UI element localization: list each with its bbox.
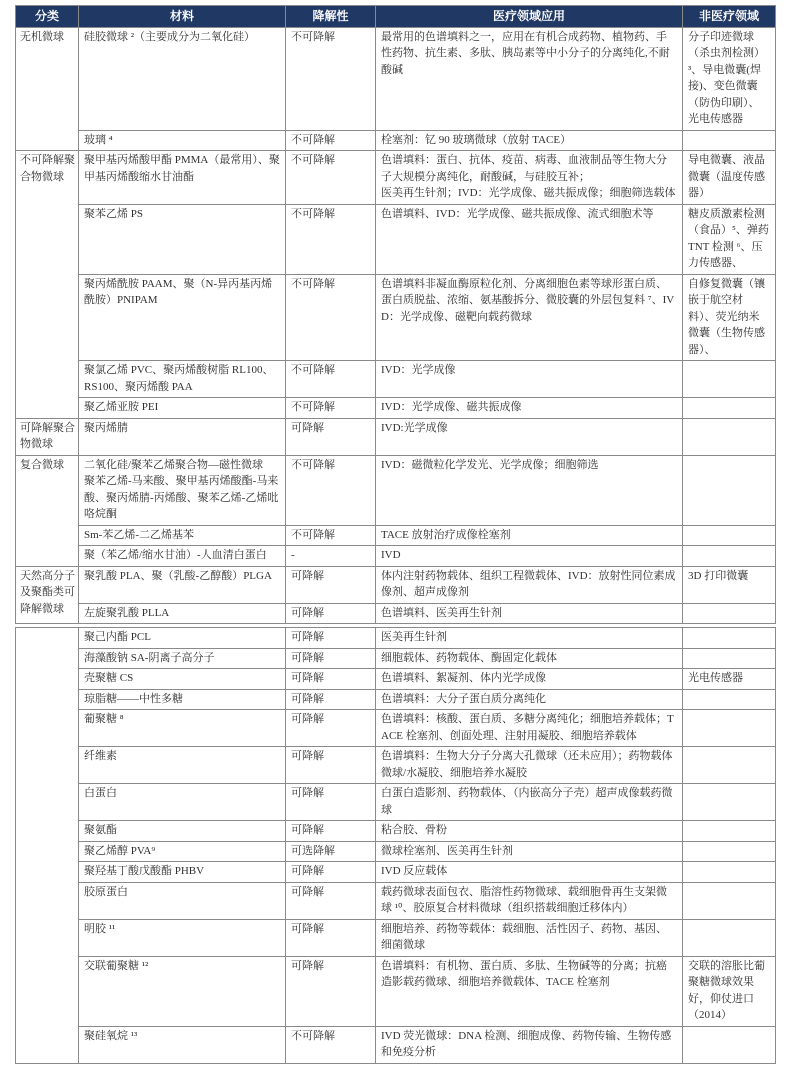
material-cell: 聚丙烯腈 (79, 418, 286, 455)
non-medical-cell: 交联的溶胀比葡聚糖微球效果好，仰仗进口（2014） (683, 956, 776, 1026)
medical-cell: 医美再生针剂 (376, 628, 683, 649)
medical-cell: 色谱填料：蛋白、抗体、疫苗、病毒、血液制品等生物大分子大规模分离纯化，耐酸碱，与… (376, 151, 683, 205)
table-row: 胶原蛋白可降解载药微球表面包衣、脂溶性药物微球、载细胞骨再生支架微球 ¹⁰、胶原… (16, 882, 776, 919)
medical-cell: TACE 放射治疗成像栓塞剂 (376, 525, 683, 546)
degradability-cell: 不可降解 (286, 525, 376, 546)
table-row: Sm-苯乙烯-二乙烯基苯不可降解TACE 放射治疗成像栓塞剂 (16, 525, 776, 546)
degradability-cell: 不可降解 (286, 274, 376, 361)
non-medical-cell (683, 525, 776, 546)
header-non-medical: 非医疗领域 (683, 6, 776, 28)
non-medical-cell (683, 628, 776, 649)
materials-table-lower: 聚己内酯 PCL可降解医美再生针剂海藻酸钠 SA-阴离子高分子可降解细胞载体、药… (15, 627, 776, 1064)
non-medical-cell (683, 455, 776, 525)
table-row: 聚丙烯酰胺 PAAM、聚（N-异丙基丙烯酰胺）PNIPAM不可降解色谱填料非凝血… (16, 274, 776, 361)
medical-cell: 栓塞剂：钇 90 玻璃微球（放射 TACE） (376, 130, 683, 151)
medical-cell: 粘合胶、骨粉 (376, 821, 683, 842)
material-cell: 硅胶微球 ²（主要成分为二氧化硅） (79, 27, 286, 130)
non-medical-cell (683, 418, 776, 455)
table-row: 天然高分子及聚酯类可降解微球聚乳酸 PLA、聚（乳酸-乙醇酸）PLGA可降解体内… (16, 566, 776, 603)
degradability-cell: 可降解 (286, 566, 376, 603)
material-cell: 左旋聚乳酸 PLLA (79, 603, 286, 624)
non-medical-cell: 糖皮质激素检测（食品）⁵、弹药 TNT 检测 ⁶、压力传感器、 (683, 204, 776, 274)
material-cell: 聚丙烯酰胺 PAAM、聚（N-异丙基丙烯酰胺）PNIPAM (79, 274, 286, 361)
table-row: 复合微球二氧化硅/聚苯乙烯聚合物—磁性微球 聚苯乙烯-马来酸、聚甲基丙烯酸酯-马… (16, 455, 776, 525)
category-cell: 无机微球 (16, 27, 79, 151)
table-row: 琼脂糖——中性多糖可降解色谱填料：大分子蛋白质分离纯化 (16, 689, 776, 710)
degradability-cell: 可降解 (286, 821, 376, 842)
degradability-cell: 可降解 (286, 919, 376, 956)
degradability-cell: 不可降解 (286, 151, 376, 205)
category-cell: 不可降解聚合物微球 (16, 151, 79, 419)
table-row: 左旋聚乳酸 PLLA可降解色谱填料、医美再生针剂 (16, 603, 776, 624)
non-medical-cell (683, 841, 776, 862)
medical-cell: 最常用的色谱填料之一，应用在有机合成药物、植物药、手性药物、抗生素、多肽、胰岛素… (376, 27, 683, 130)
material-cell: 聚己内酯 PCL (79, 628, 286, 649)
medical-cell: 色谱填料：大分子蛋白质分离纯化 (376, 689, 683, 710)
header-medical-field: 医疗领域应用 (376, 6, 683, 28)
non-medical-cell (683, 862, 776, 883)
degradability-cell: 可降解 (286, 882, 376, 919)
medical-cell: 色谱填料、IVD：光学成像、磁共振成像、流式细胞术等 (376, 204, 683, 274)
degradability-cell: 可降解 (286, 418, 376, 455)
degradability-cell: 不可降解 (286, 1026, 376, 1063)
material-cell: 玻璃 ⁴ (79, 130, 286, 151)
non-medical-cell (683, 710, 776, 747)
degradability-cell: 可降解 (286, 669, 376, 690)
material-cell: 聚乙烯醇 PVA⁹ (79, 841, 286, 862)
material-cell: 聚羟基丁酸戊酸酯 PHBV (79, 862, 286, 883)
non-medical-cell (683, 919, 776, 956)
non-medical-cell (683, 689, 776, 710)
table-row: 纤维素可降解色谱填料：生物大分子分离大孔微球（还未应用）；药物载体微球/水凝胶、… (16, 747, 776, 784)
material-cell: 二氧化硅/聚苯乙烯聚合物—磁性微球 聚苯乙烯-马来酸、聚甲基丙烯酸酯-马来酸、聚… (79, 455, 286, 525)
table-row: 聚苯乙烯 PS不可降解色谱填料、IVD：光学成像、磁共振成像、流式细胞术等糖皮质… (16, 204, 776, 274)
non-medical-cell (683, 603, 776, 624)
medical-cell: 色谱填料、医美再生针剂 (376, 603, 683, 624)
table-row: 聚羟基丁酸戊酸酯 PHBV可降解IVD 反应载体 (16, 862, 776, 883)
degradability-cell: 不可降解 (286, 130, 376, 151)
medical-cell: 色谱填料、絮凝剂、体内光学成像 (376, 669, 683, 690)
category-cell (16, 628, 79, 1064)
non-medical-cell: 3D 打印微囊 (683, 566, 776, 603)
medical-cell: IVD：光学成像、磁共振成像 (376, 398, 683, 419)
materials-table-upper: 分类 材料 降解性 医疗领域应用 非医疗领域 无机微球硅胶微球 ²（主要成分为二… (15, 5, 776, 624)
table-row: 聚乙烯醇 PVA⁹可选降解微球栓塞剂、医美再生针剂 (16, 841, 776, 862)
degradability-cell: 可降解 (286, 603, 376, 624)
non-medical-cell (683, 546, 776, 567)
non-medical-cell (683, 648, 776, 669)
category-cell: 天然高分子及聚酯类可降解微球 (16, 566, 79, 624)
table-row: 聚乙烯亚胺 PEI不可降解IVD：光学成像、磁共振成像 (16, 398, 776, 419)
material-cell: 聚（苯乙烯/缩水甘油）-人血清白蛋白 (79, 546, 286, 567)
table-row: 壳聚糖 CS可降解色谱填料、絮凝剂、体内光学成像光电传感器 (16, 669, 776, 690)
material-cell: Sm-苯乙烯-二乙烯基苯 (79, 525, 286, 546)
table-row: 可降解聚合物微球聚丙烯腈可降解IVD:光学成像 (16, 418, 776, 455)
degradability-cell: 不可降解 (286, 455, 376, 525)
medical-cell: 色谱填料：核酸、蛋白质、多糖分离纯化；细胞培养载体；TACE 栓塞剂、创面处理、… (376, 710, 683, 747)
material-cell: 海藻酸钠 SA-阴离子高分子 (79, 648, 286, 669)
material-cell: 聚硅氧烷 ¹³ (79, 1026, 286, 1063)
medical-cell: 载药微球表面包衣、脂溶性药物微球、载细胞骨再生支架微球 ¹⁰、胶原复合材料微球（… (376, 882, 683, 919)
medical-cell: 细胞载体、药物载体、酶固定化载体 (376, 648, 683, 669)
non-medical-cell (683, 747, 776, 784)
non-medical-cell (683, 130, 776, 151)
medical-cell: 体内注射药物载体、组织工程微载体、IVD：放射性同位素成像剂、超声成像剂 (376, 566, 683, 603)
degradability-cell: 不可降解 (286, 398, 376, 419)
table-row: 聚氯乙烯 PVC、聚丙烯酸树脂 RL100、RS100、聚丙烯酸 PAA不可降解… (16, 361, 776, 398)
material-cell: 葡聚糖 ⁸ (79, 710, 286, 747)
table-row: 玻璃 ⁴不可降解栓塞剂：钇 90 玻璃微球（放射 TACE） (16, 130, 776, 151)
table-row: 不可降解聚合物微球聚甲基丙烯酸甲酯 PMMA（最常用）、聚甲基丙烯酸缩水甘油酯不… (16, 151, 776, 205)
degradability-cell: 可降解 (286, 628, 376, 649)
degradability-cell: 可降解 (286, 747, 376, 784)
degradability-cell: 可降解 (286, 784, 376, 821)
medical-cell: IVD (376, 546, 683, 567)
header-degradability: 降解性 (286, 6, 376, 28)
table-row: 聚（苯乙烯/缩水甘油）-人血清白蛋白-IVD (16, 546, 776, 567)
medical-cell: 色谱填料非凝血酶原粒化剂、分离细胞色素等球形蛋白质、蛋白质脱盐、浓缩、氨基酸拆分… (376, 274, 683, 361)
degradability-cell: 不可降解 (286, 27, 376, 130)
degradability-cell: 可降解 (286, 956, 376, 1026)
table-row: 交联葡聚糖 ¹²可降解色谱填料：有机物、蛋白质、多肽、生物碱等的分离；抗癌造影载… (16, 956, 776, 1026)
non-medical-cell: 自修复微囊（镶嵌于航空材料）、荧光纳米微囊（生物传感器）、 (683, 274, 776, 361)
degradability-cell: 可选降解 (286, 841, 376, 862)
material-cell: 聚乙烯亚胺 PEI (79, 398, 286, 419)
table-row: 明胶 ¹¹可降解细胞培养、药物等载体：载细胞、活性因子、药物、基因、细菌微球 (16, 919, 776, 956)
degradability-cell: 可降解 (286, 862, 376, 883)
degradability-cell: 不可降解 (286, 361, 376, 398)
material-cell: 聚氯乙烯 PVC、聚丙烯酸树脂 RL100、RS100、聚丙烯酸 PAA (79, 361, 286, 398)
category-cell: 复合微球 (16, 455, 79, 566)
table-row: 葡聚糖 ⁸可降解色谱填料：核酸、蛋白质、多糖分离纯化；细胞培养载体；TACE 栓… (16, 710, 776, 747)
non-medical-cell (683, 882, 776, 919)
material-cell: 交联葡聚糖 ¹² (79, 956, 286, 1026)
material-cell: 壳聚糖 CS (79, 669, 286, 690)
material-cell: 聚甲基丙烯酸甲酯 PMMA（最常用）、聚甲基丙烯酸缩水甘油酯 (79, 151, 286, 205)
degradability-cell: 不可降解 (286, 204, 376, 274)
medical-cell: 色谱填料：有机物、蛋白质、多肽、生物碱等的分离；抗癌造影载药微球、细胞培养微载体… (376, 956, 683, 1026)
medical-cell: IVD:光学成像 (376, 418, 683, 455)
table-row: 白蛋白可降解白蛋白造影剂、药物载体、（内嵌高分子壳）超声成像载药微球 (16, 784, 776, 821)
degradability-cell: 可降解 (286, 689, 376, 710)
material-cell: 聚氨酯 (79, 821, 286, 842)
material-cell: 胶原蛋白 (79, 882, 286, 919)
material-cell: 聚乳酸 PLA、聚（乳酸-乙醇酸）PLGA (79, 566, 286, 603)
material-cell: 聚苯乙烯 PS (79, 204, 286, 274)
header-category: 分类 (16, 6, 79, 28)
table-header-row: 分类 材料 降解性 医疗领域应用 非医疗领域 (16, 6, 776, 28)
header-material: 材料 (79, 6, 286, 28)
material-cell: 纤维素 (79, 747, 286, 784)
non-medical-cell: 光电传感器 (683, 669, 776, 690)
table-row: 海藻酸钠 SA-阴离子高分子可降解细胞载体、药物载体、酶固定化载体 (16, 648, 776, 669)
medical-cell: IVD 反应载体 (376, 862, 683, 883)
table-row: 聚硅氧烷 ¹³不可降解IVD 荧光微球：DNA 检测、细胞成像、药物传输、生物传… (16, 1026, 776, 1063)
degradability-cell: 可降解 (286, 648, 376, 669)
medical-cell: 白蛋白造影剂、药物载体、（内嵌高分子壳）超声成像载药微球 (376, 784, 683, 821)
table-row: 无机微球硅胶微球 ²（主要成分为二氧化硅）不可降解最常用的色谱填料之一，应用在有… (16, 27, 776, 130)
medical-cell: IVD：光学成像 (376, 361, 683, 398)
material-cell: 琼脂糖——中性多糖 (79, 689, 286, 710)
non-medical-cell: 导电微囊、液晶微囊（温度传感器） (683, 151, 776, 205)
microsphere-materials-document: 分类 材料 降解性 医疗领域应用 非医疗领域 无机微球硅胶微球 ²（主要成分为二… (0, 0, 790, 1068)
material-cell: 明胶 ¹¹ (79, 919, 286, 956)
non-medical-cell: 分子印迹微球（杀虫剂检测）³、导电微囊(焊接)、变色微囊（防伪印刷）、光电传感器 (683, 27, 776, 130)
category-cell: 可降解聚合物微球 (16, 418, 79, 455)
medical-cell: 微球栓塞剂、医美再生针剂 (376, 841, 683, 862)
non-medical-cell (683, 784, 776, 821)
medical-cell: 细胞培养、药物等载体：载细胞、活性因子、药物、基因、细菌微球 (376, 919, 683, 956)
degradability-cell: - (286, 546, 376, 567)
degradability-cell: 可降解 (286, 710, 376, 747)
material-cell: 白蛋白 (79, 784, 286, 821)
non-medical-cell (683, 361, 776, 398)
medical-cell: IVD 荧光微球：DNA 检测、细胞成像、药物传输、生物传感和免疫分析 (376, 1026, 683, 1063)
medical-cell: IVD：磁微粒化学发光、光学成像；细胞筛选 (376, 455, 683, 525)
table-row: 聚氨酯可降解粘合胶、骨粉 (16, 821, 776, 842)
non-medical-cell (683, 398, 776, 419)
table-row: 聚己内酯 PCL可降解医美再生针剂 (16, 628, 776, 649)
medical-cell: 色谱填料：生物大分子分离大孔微球（还未应用）；药物载体微球/水凝胶、细胞培养水凝… (376, 747, 683, 784)
non-medical-cell (683, 1026, 776, 1063)
non-medical-cell (683, 821, 776, 842)
